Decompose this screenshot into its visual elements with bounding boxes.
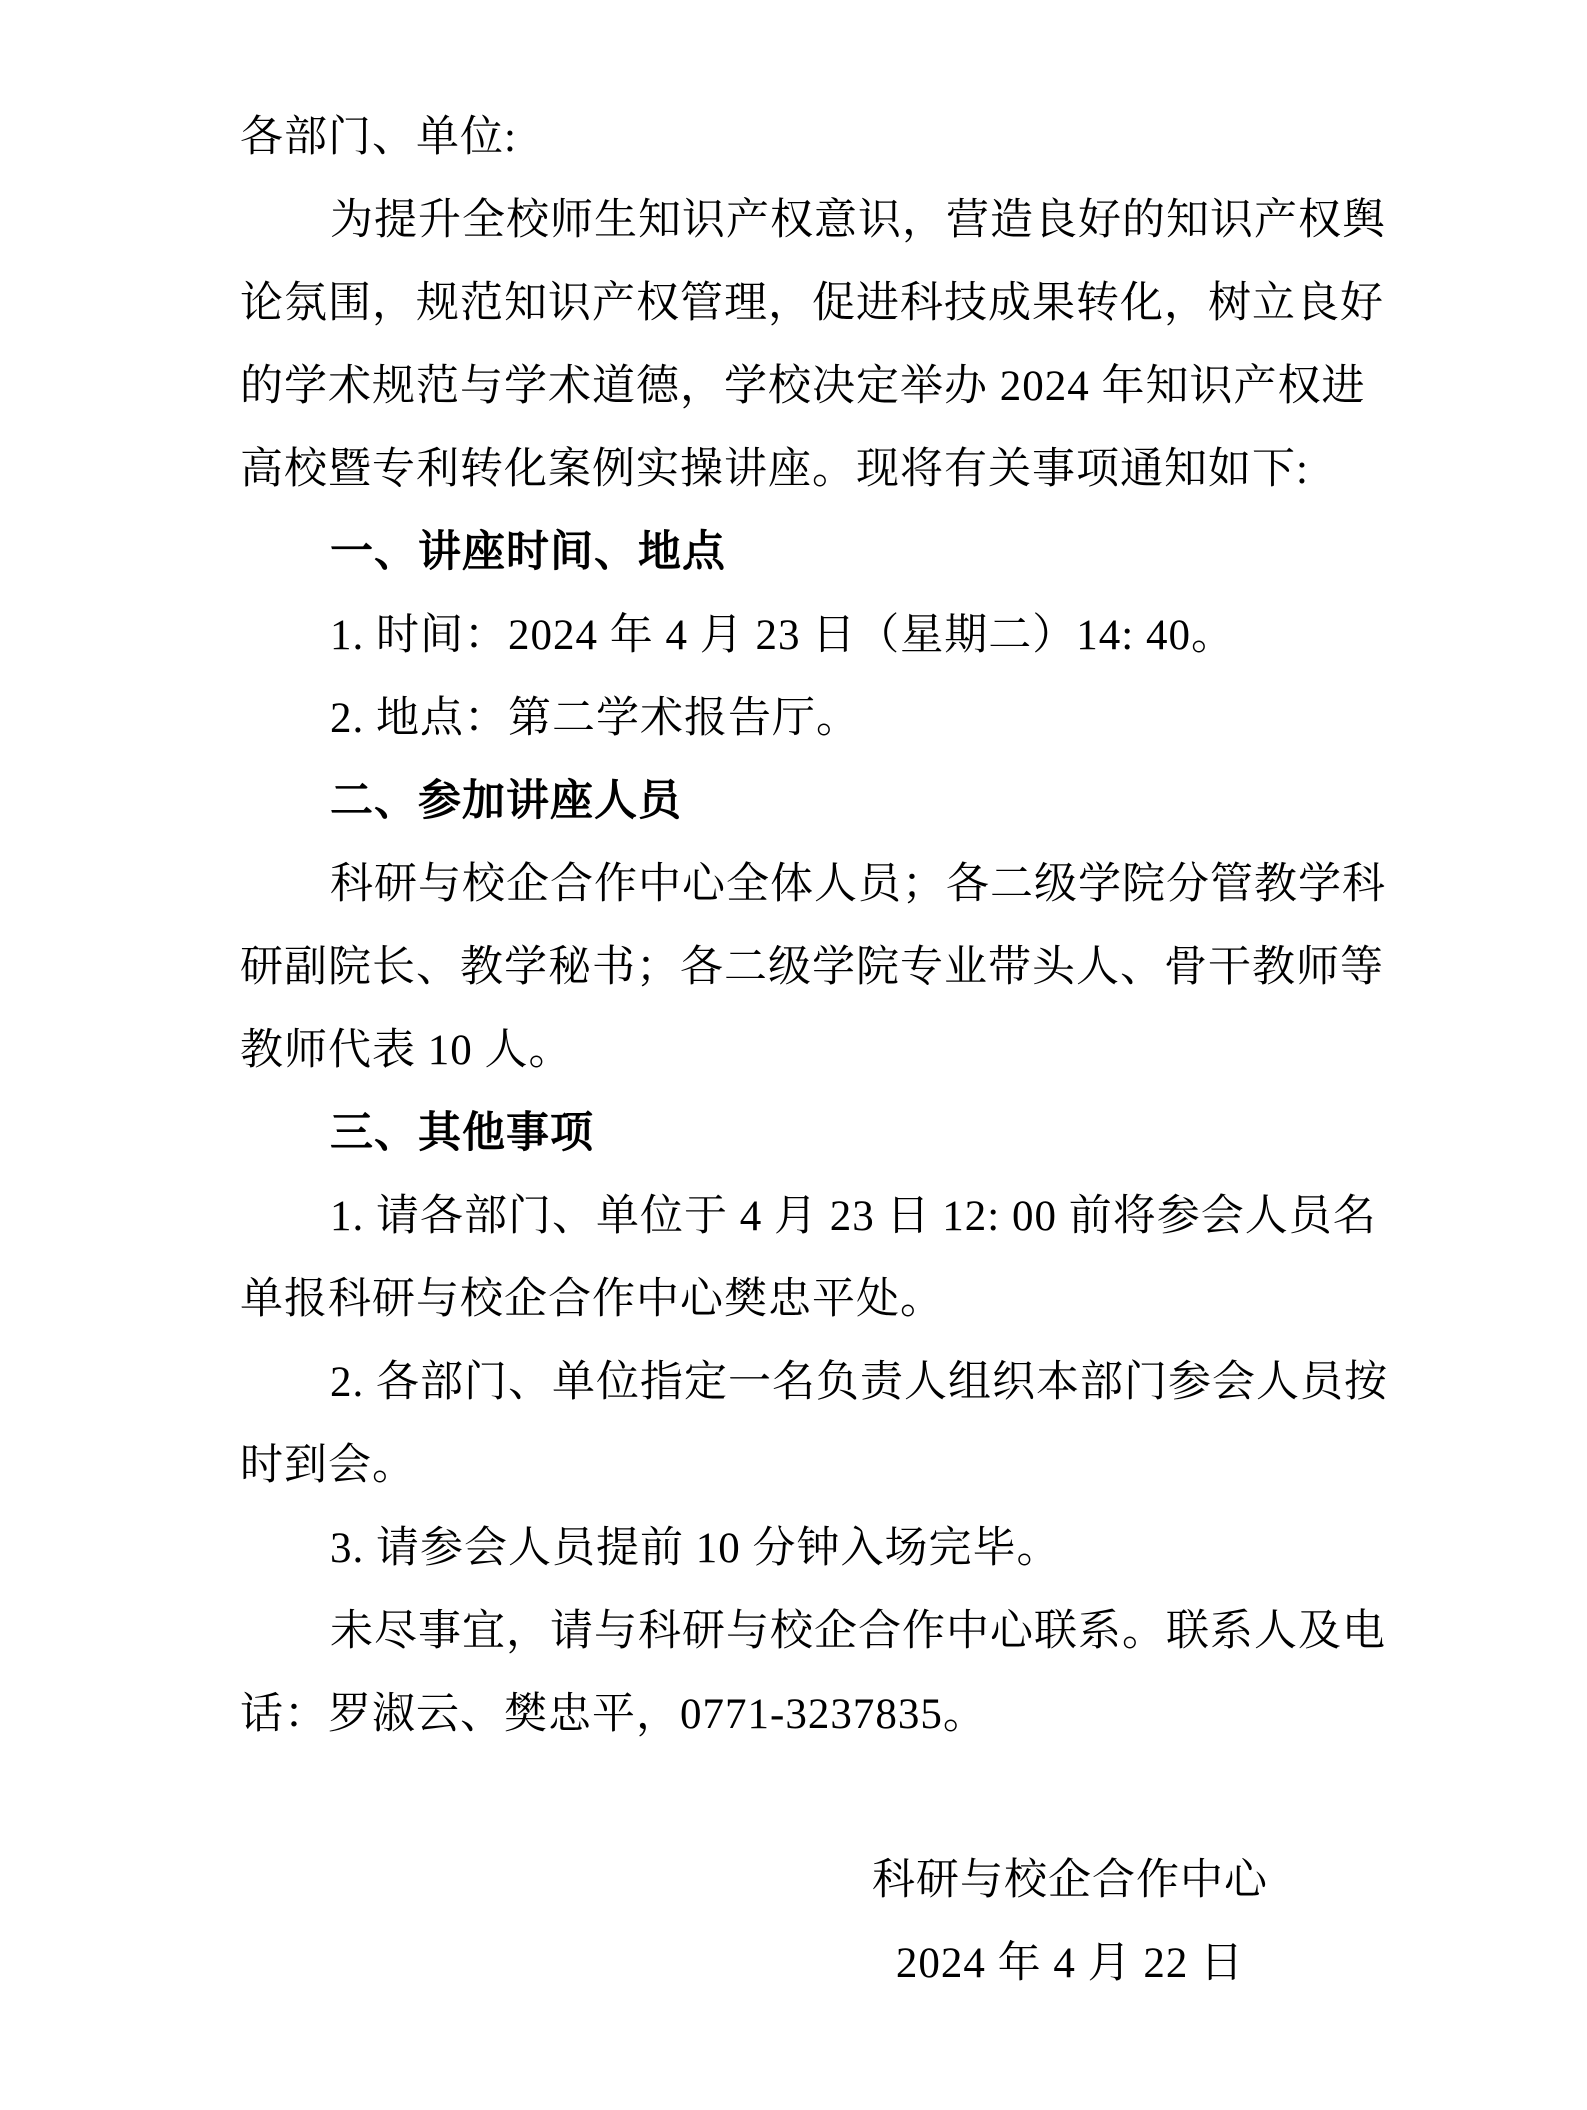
signature-block: 科研与校企合作中心 2024 年 4 月 22 日 (840, 1839, 1300, 2005)
intro-line-1: 为提升全校师生知识产权意识，营造良好的知识产权舆 (240, 179, 1355, 262)
section-2-line-3: 教师代表 10 人。 (240, 1009, 1355, 1092)
intro-line-3: 的学术规范与学术道德，学校决定举办 2024 年知识产权进 (240, 345, 1355, 428)
salutation-line: 各部门、单位: (240, 96, 1355, 179)
section-3-heading: 三、其他事项 (240, 1092, 1355, 1175)
section-2-heading: 二、参加讲座人员 (240, 760, 1355, 843)
intro-line-2: 论氛围，规范知识产权管理，促进科技成果转化，树立良好 (240, 262, 1355, 345)
section-1-item-place: 2. 地点：第二学术报告厅。 (240, 677, 1355, 760)
signature-org: 科研与校企合作中心 (840, 1839, 1300, 1922)
section-2-line-1: 科研与校企合作中心全体人员；各二级学院分管教学科 (240, 843, 1355, 926)
signature-date: 2024 年 4 月 22 日 (840, 1922, 1300, 2005)
section-3-item-1-line-1: 1. 请各部门、单位于 4 月 23 日 12: 00 前将参会人员名 (240, 1175, 1355, 1258)
section-1-item-time: 1. 时间：2024 年 4 月 23 日（星期二）14: 40。 (240, 594, 1355, 677)
blank-line (240, 1756, 1355, 1839)
intro-line-4: 高校暨专利转化案例实操讲座。现将有关事项通知如下: (240, 428, 1355, 511)
section-3-item-2-line-2: 时到会。 (240, 1424, 1355, 1507)
section-3-item-2-line-1: 2. 各部门、单位指定一名负责人组织本部门参会人员按 (240, 1341, 1355, 1424)
section-1-heading: 一、讲座时间、地点 (240, 511, 1355, 594)
closing-line-1: 未尽事宜，请与科研与校企合作中心联系。联系人及电 (240, 1590, 1355, 1673)
notice-page: 各部门、单位: 为提升全校师生知识产权意识，营造良好的知识产权舆 论氛围，规范知… (0, 0, 1587, 2110)
closing-line-2: 话：罗淑云、樊忠平，0771-3237835。 (240, 1673, 1355, 1756)
section-2-line-2: 研副院长、教学秘书；各二级学院专业带头人、骨干教师等 (240, 926, 1355, 1009)
section-3-item-1-line-2: 单报科研与校企合作中心樊忠平处。 (240, 1258, 1355, 1341)
notice-body: 各部门、单位: 为提升全校师生知识产权意识，营造良好的知识产权舆 论氛围，规范知… (240, 96, 1355, 2005)
section-3-item-3: 3. 请参会人员提前 10 分钟入场完毕。 (240, 1507, 1355, 1590)
